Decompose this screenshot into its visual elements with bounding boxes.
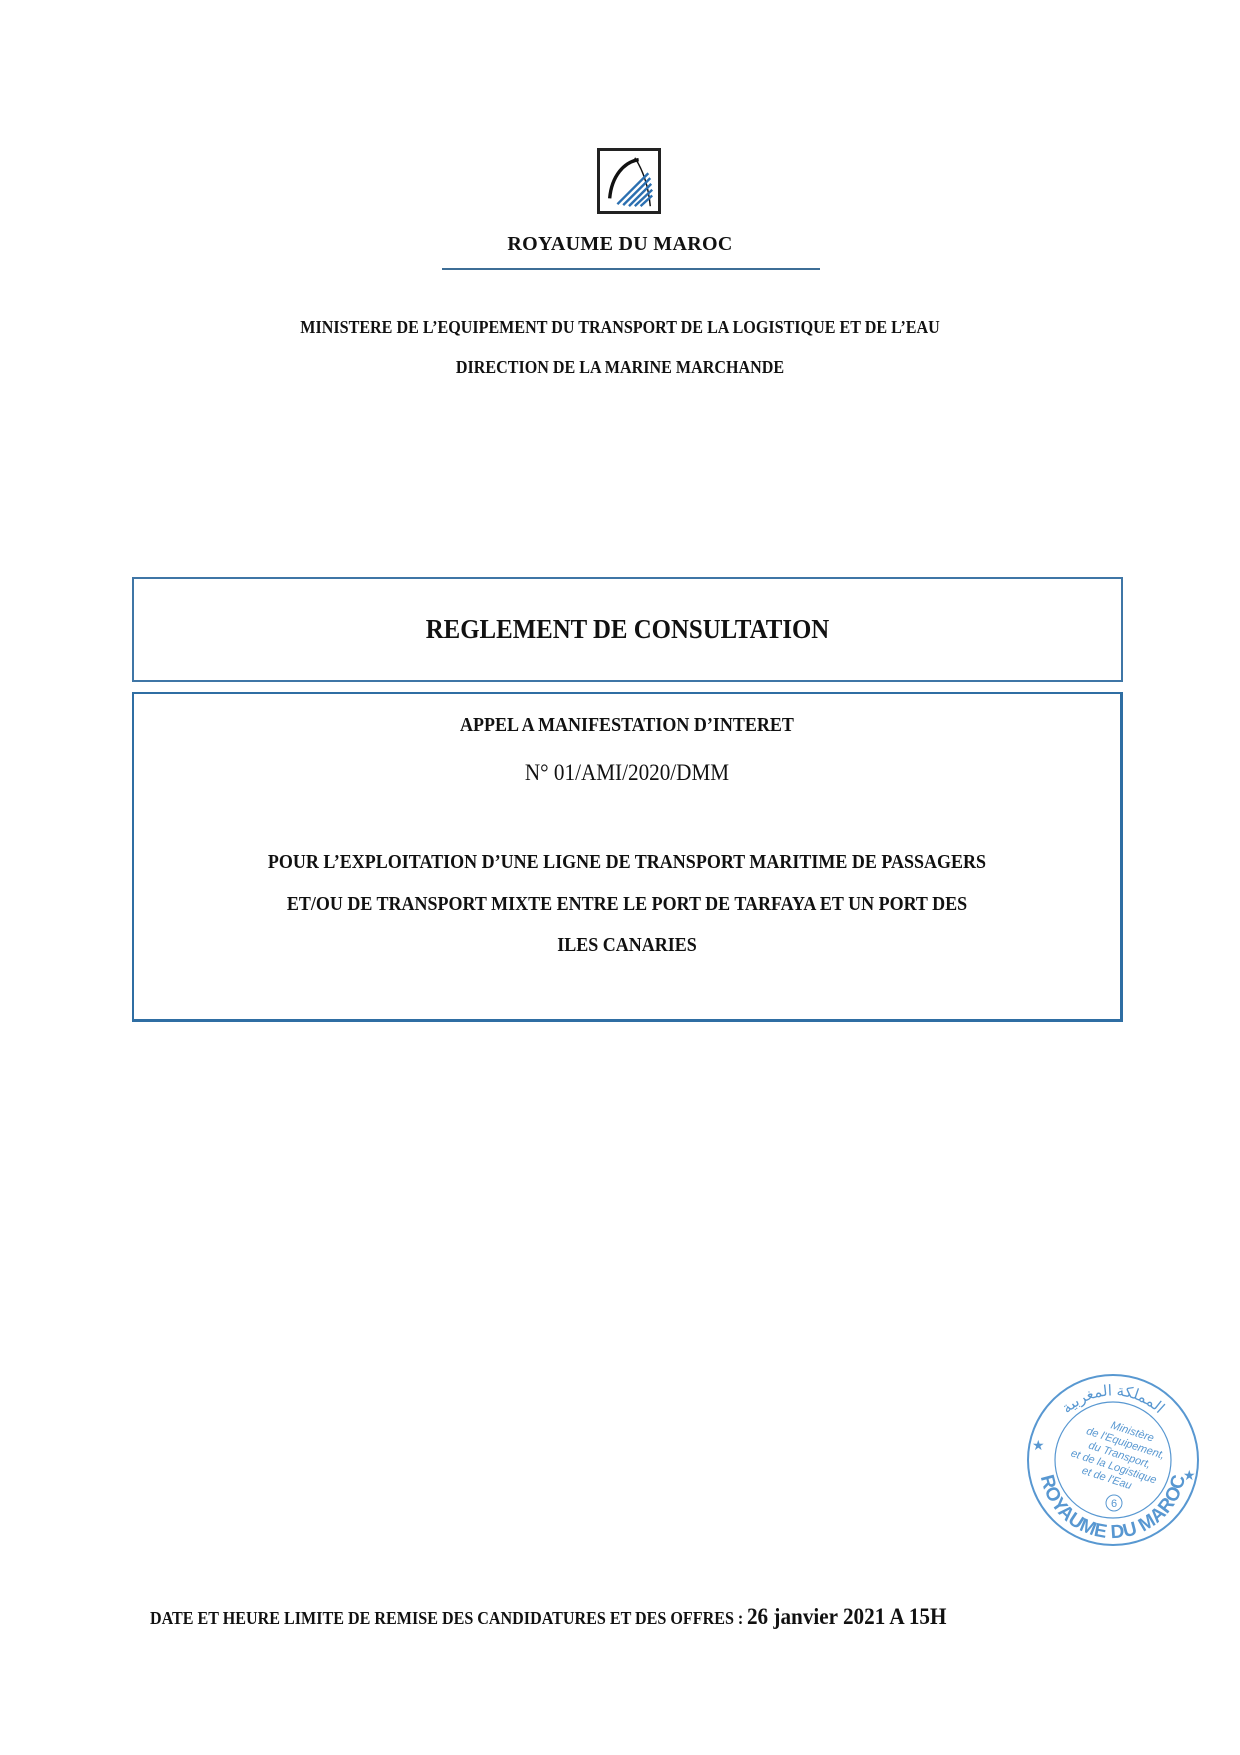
ministry-name: MINISTERE DE L’EQUIPEMENT DU TRANSPORT D…: [50, 317, 1191, 338]
svg-text:المملكة المغربية: المملكة المغربية: [1059, 1382, 1168, 1417]
kingdom-name: ROYAUME DU MAROC: [0, 233, 1240, 256]
svg-text:6: 6: [1111, 1498, 1117, 1510]
kingdom-underline-divider: [442, 268, 820, 270]
official-stamp-icon: ROYAUME DU MAROC المملكة المغربية ★ ★ Mi…: [1018, 1370, 1208, 1550]
deadline-label: DATE ET HEURE LIMITE DE REMISE DES CANDI…: [150, 1608, 743, 1628]
deadline-value: 26 janvier 2021 A 15H: [747, 1604, 946, 1629]
purpose-line: ILES CANARIES: [183, 934, 1070, 957]
purpose-line: ET/OU DE TRANSPORT MIXTE ENTRE LE PORT D…: [183, 893, 1070, 916]
document-title-box: REGLEMENT DE CONSULTATION: [132, 577, 1123, 682]
document-title: REGLEMENT DE CONSULTATION: [173, 614, 1081, 645]
svg-text:★: ★: [1183, 1467, 1196, 1483]
direction-name: DIRECTION DE LA MARINE MARCHANDE: [50, 357, 1191, 378]
purpose-line: POUR L’EXPLOITATION D’UNE LIGNE DE TRANS…: [183, 851, 1070, 874]
call-type: APPEL A MANIFESTATION D’INTERET: [183, 714, 1070, 737]
svg-text:★: ★: [1032, 1437, 1045, 1453]
call-details-box: APPEL A MANIFESTATION D’INTERET N° 01/AM…: [132, 692, 1123, 1022]
ministry-logo-icon: [597, 148, 661, 214]
call-reference: N° 01/AMI/2020/DMM: [173, 760, 1080, 786]
submission-deadline: DATE ET HEURE LIMITE DE REMISE DES CANDI…: [150, 1604, 946, 1630]
